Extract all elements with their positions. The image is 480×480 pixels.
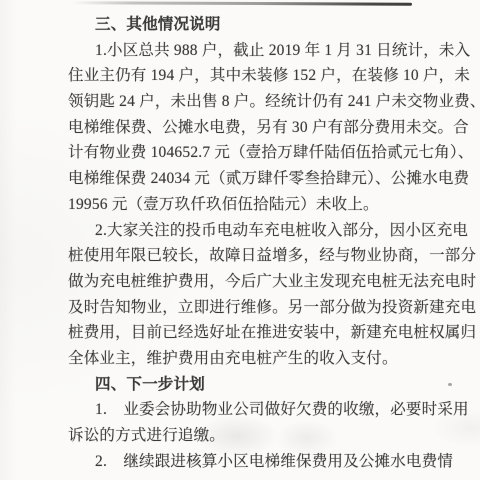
text-column: 三、其他情况说明1.小区总共 988 户，截止 2019 年 1 月 31 日统… — [68, 12, 476, 474]
section-heading: 四、下一步计划 — [68, 372, 476, 398]
text-line: 1.小区总共 988 户，截止 2019 年 1 月 31 日统计，未入 — [68, 38, 476, 64]
text-line: 1. 业委会协助物业公司做好欠费的收缴，必要时采用 — [68, 397, 476, 423]
text-line: 19956 元（壹万玖仟玖佰伍拾陆元）未收上。 — [68, 192, 476, 218]
text-line: 领钥匙 24 户，未出售 8 户。经统计仍有 241 户未交物业费、 — [68, 89, 476, 115]
scan-edge-artifact — [72, 1, 412, 5]
text-line: 桩费用，目前已经选好址在推进安装中，新建充电桩权属归 — [68, 320, 476, 346]
text-line: 2.大家关注的投币电动车充电桩收入部分，因小区充电 — [68, 218, 476, 244]
document-page: 三、其他情况说明1.小区总共 988 户，截止 2019 年 1 月 31 日统… — [0, 0, 480, 480]
text-line: 全体业主，维护费用由充电桩产生的收入支付。 — [68, 346, 476, 372]
text-line: 2. 继续跟进核算小区电梯维保费用及公摊水电费情 — [68, 449, 476, 475]
text-line: 诉讼的方式进行追缴。 — [68, 423, 476, 449]
section-heading: 三、其他情况说明 — [68, 12, 476, 38]
text-line: 住业主仍有 194 户，其中未装修 152 户，在装修 10 户，未 — [68, 63, 476, 89]
text-line: 做为充电桩维护费用，今后广大业主发现充电桩无法充电时 — [68, 269, 476, 295]
text-line: 桩使用年限已较长，故障日益增多，经与物业协商，一部分 — [68, 243, 476, 269]
text-line: 电梯维保费 24034 元（贰万肆仟零叁拾肆元）、公摊水电费 — [68, 166, 476, 192]
text-line: 及时告知物业，立即进行维修。另一部分做为投资新建充电 — [68, 295, 476, 321]
text-line: 计有物业费 104652.7 元（壹拾万肆仟陆佰伍拾贰元七角）、 — [68, 140, 476, 166]
text-line: 电梯维保费、公摊水电费，另有 30 户有部分费用未交。合 — [68, 115, 476, 141]
